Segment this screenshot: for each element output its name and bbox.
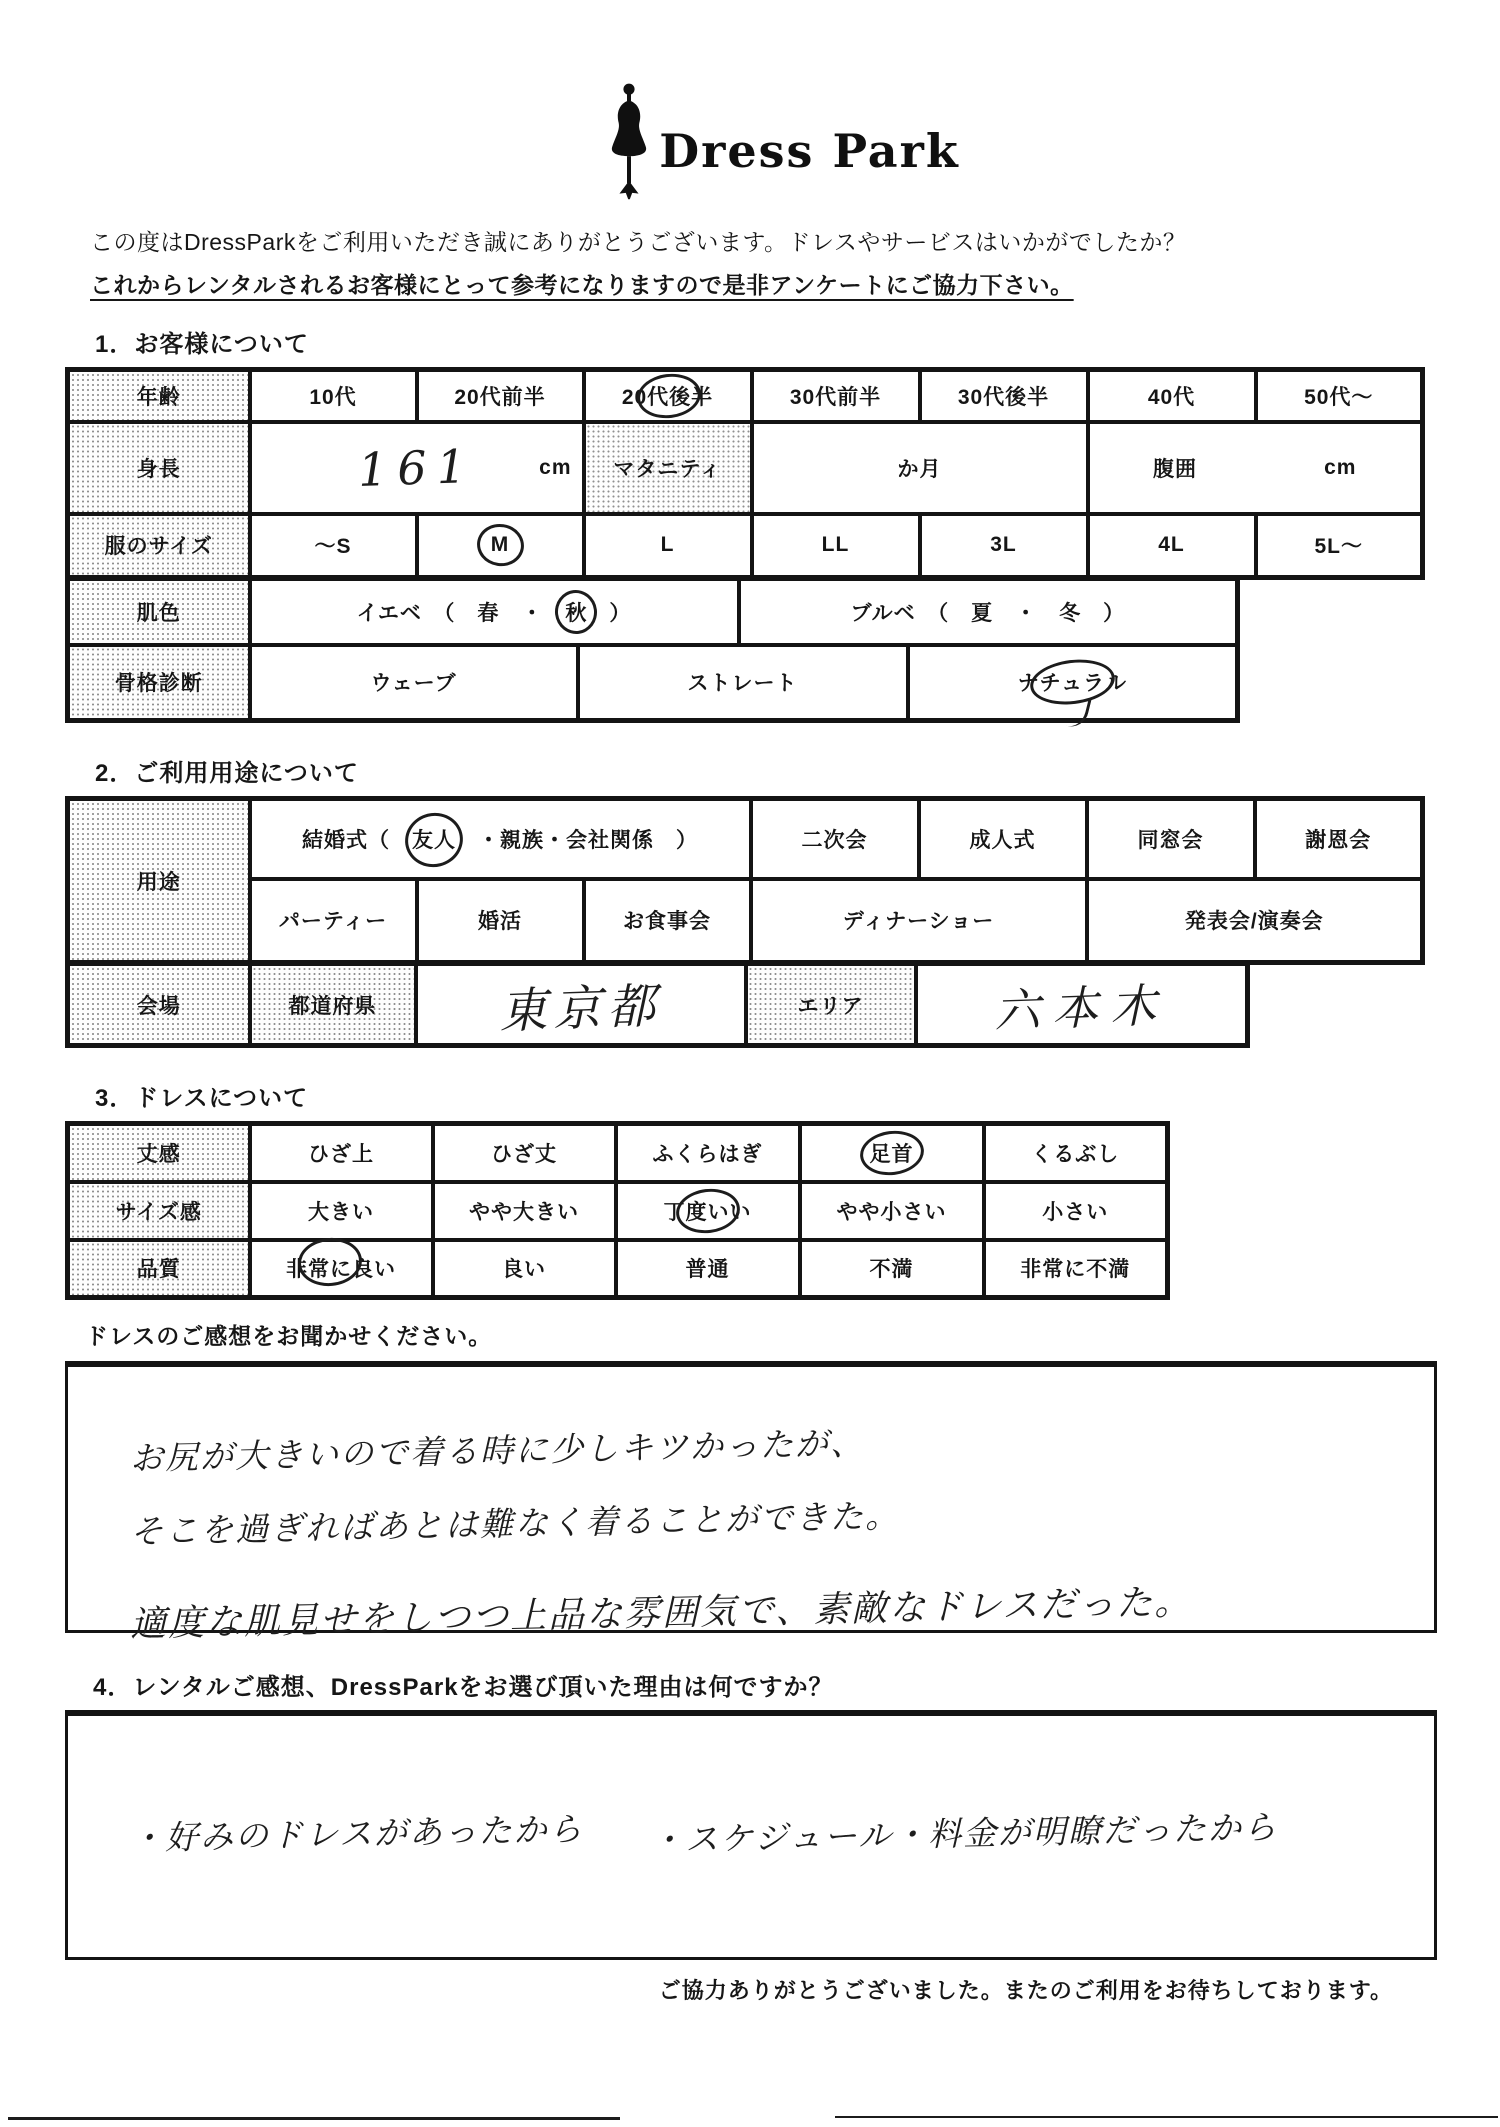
usage-option-party: パーティー xyxy=(250,879,417,963)
fit-option-slightly-large: やや大きい xyxy=(433,1182,616,1240)
handwritten-circle: チュラ xyxy=(1040,667,1105,697)
age-option-50s: 50代～ xyxy=(1256,370,1423,422)
logo: Dress Park xyxy=(65,88,1500,200)
section4-title: 4．レンタルご感想、DressParkをお選び頂いた理由は何ですか？ xyxy=(93,1667,1500,1702)
fit-row: サイズ感 大きい やや大きい 丁度いい やや小さい 小さい xyxy=(68,1182,1168,1240)
skin-option-yellow-base: イエベ （ 春 ・ 秋 ） xyxy=(250,579,739,645)
usage-option-dining: お食事会 xyxy=(584,879,751,963)
skeleton-row: 骨格診断 ウェーブ ストレート ナチュラル xyxy=(68,645,1238,721)
fit-label: サイズ感 xyxy=(68,1182,250,1240)
handwritten-comment-line2: そこを過ぎればあとは難なく着ることができた。 xyxy=(130,1490,901,1553)
fit-option-slightly-small: やや小さい xyxy=(800,1182,984,1240)
option-text: ・親族・会社関係 ） xyxy=(456,829,698,852)
height-row: 身長 161 cm マタニティ か月 腹囲 cm xyxy=(68,422,1423,514)
handwritten-circle: M xyxy=(491,533,510,557)
usage-label: 用途 xyxy=(68,799,250,963)
usage-option-matchmaking: 婚活 xyxy=(417,879,584,963)
height-value-cell: 161 cm xyxy=(250,422,584,514)
length-option-knee: ひざ丈 xyxy=(433,1124,616,1182)
usage-row2: パーティー 婚活 お食事会 ディナーショー 発表会/演奏会 xyxy=(68,879,1423,963)
fit-option-small: 小さい xyxy=(984,1182,1168,1240)
usage-option-recital: 発表会/演奏会 xyxy=(1087,879,1423,963)
age-option-late30s: 30代後半 xyxy=(920,370,1088,422)
section3-title: 3．ドレスについて xyxy=(95,1078,1500,1113)
usage-option-thanks-party: 謝恩会 xyxy=(1255,799,1423,879)
brand-name: Dress Park xyxy=(659,128,959,200)
size-option-ll: LL xyxy=(752,514,920,578)
usage-option-wedding: 結婚式（ 友人 ・親族・会社関係 ） xyxy=(250,799,751,879)
option-text: い xyxy=(730,1201,752,1224)
size-option-m-selected: M xyxy=(417,514,584,578)
customer-table-lower: 肌色 イエベ （ 春 ・ 秋 ） ブルベ （ 夏 ・ 冬 ） 骨格診断 ウェーブ… xyxy=(65,576,1240,723)
area-value-cell: 六本木 xyxy=(916,964,1248,1046)
age-label: 年齢 xyxy=(68,370,250,422)
quality-option-good: 良い xyxy=(433,1240,616,1298)
usage-option-dinner-show: ディナーショー xyxy=(751,879,1087,963)
height-handwritten-value: 161 xyxy=(357,438,477,496)
handwritten-circle: 足首 xyxy=(870,1138,914,1168)
fit-option-large: 大きい xyxy=(250,1182,433,1240)
age-option-10s: 10代 xyxy=(250,370,417,422)
section1-title: 1．お客様について xyxy=(95,324,1500,359)
height-label: 身長 xyxy=(68,422,250,514)
intro-text: この度はDressParkをご利用いただき誠にありがとうございます。ドレスやサー… xyxy=(90,224,1440,300)
waist-label: 腹囲 xyxy=(1153,453,1197,483)
dress-comment-label: ドレスのご感想をお聞かせください。 xyxy=(85,1318,1500,1351)
dress-table: 丈感 ひざ上 ひざ丈 ふくらはぎ 足首 くるぶし サイズ感 大きい やや大きい … xyxy=(65,1121,1170,1300)
age-option-late20s-selected: 20代後半 xyxy=(584,370,752,422)
handwritten-circle: 秋 xyxy=(565,597,587,627)
option-text: 非 xyxy=(286,1258,308,1281)
age-option-early30s: 30代前半 xyxy=(752,370,920,422)
size-label: 服のサイズ xyxy=(68,514,250,578)
quality-option-very-dissatisfied: 非常に不満 xyxy=(984,1240,1168,1298)
usage-option-afterparty: 二次会 xyxy=(751,799,919,879)
area-label: エリア xyxy=(746,964,916,1046)
skin-tone-row: 肌色 イエベ （ 春 ・ 秋 ） ブルベ （ 夏 ・ 冬 ） xyxy=(68,579,1238,645)
area-handwritten-value: 六本木 xyxy=(993,968,1169,1040)
option-text: 20 xyxy=(622,386,647,409)
size-row: 服のサイズ ～S M L LL 3L 4L 5L～ xyxy=(68,514,1423,578)
length-option-anklebone: くるぶし xyxy=(984,1124,1168,1182)
option-text: 丁 xyxy=(664,1201,686,1224)
age-option-early20s: 20代前半 xyxy=(417,370,584,422)
handwritten-circle: 常に xyxy=(308,1253,352,1283)
quality-label: 品質 xyxy=(68,1240,250,1298)
length-row: 丈感 ひざ上 ひざ丈 ふくらはぎ 足首 くるぶし xyxy=(68,1124,1168,1182)
handwritten-answer-line1: ・好みのドレスがあったから xyxy=(130,1803,585,1859)
closing-text: ご協力ありがとうございました。またのご利用をお待ちしております。 xyxy=(65,1974,1437,2005)
age-row: 年齢 10代 20代前半 20代後半 30代前半 30代後半 40代 50代～ xyxy=(68,370,1423,422)
waist-unit: cm xyxy=(1324,456,1356,480)
option-text: ル xyxy=(1105,672,1127,695)
prefecture-label: 都道府県 xyxy=(250,964,416,1046)
quality-option-normal: 普通 xyxy=(616,1240,800,1298)
venue-table: 会場 都道府県 東京都 エリア 六本木 xyxy=(65,961,1250,1048)
handwritten-comment-line1: お尻が大きいので着る時に少しキツかったが、 xyxy=(130,1417,866,1479)
age-option-40s: 40代 xyxy=(1088,370,1256,422)
skeleton-option-natural-selected: ナチュラル xyxy=(908,645,1238,721)
handwritten-circle: 度い xyxy=(686,1196,730,1226)
maternity-months-cell: か月 xyxy=(752,422,1088,514)
size-option-s: ～S xyxy=(250,514,417,578)
option-text: ） xyxy=(587,602,631,625)
length-option-ankle-selected: 足首 xyxy=(800,1124,984,1182)
skeleton-option-wave: ウェーブ xyxy=(250,645,578,721)
option-text: 半 xyxy=(691,386,713,409)
length-label: 丈感 xyxy=(68,1124,250,1182)
handwritten-answer-line2: ・スケジュール・料金が明瞭だったから xyxy=(650,1801,1279,1861)
reason-comment-box: ・好みのドレスがあったから ・スケジュール・料金が明瞭だったから xyxy=(65,1710,1437,1960)
size-option-3l: 3L xyxy=(920,514,1088,578)
questionnaire-page: Dress Park この度はDressParkをご利用いただき誠にありがとうご… xyxy=(0,88,1500,2005)
dress-mannequin-icon xyxy=(605,82,653,200)
venue-label: 会場 xyxy=(68,964,250,1046)
handwritten-comment-line3: 適度な肌見せをしつつ上品な雰囲気で、素敵なドレスだった。 xyxy=(130,1574,1193,1647)
option-text: ナ xyxy=(1018,672,1040,695)
skeleton-label: 骨格診断 xyxy=(68,645,250,721)
size-option-5l: 5L～ xyxy=(1256,514,1423,578)
usage-row1: 用途 結婚式（ 友人 ・親族・会社関係 ） 二次会 成人式 同窓会 謝恩会 xyxy=(68,799,1423,879)
section2-title: 2．ご利用用途について xyxy=(95,753,1500,788)
size-option-4l: 4L xyxy=(1088,514,1256,578)
skin-option-blue-base: ブルベ （ 夏 ・ 冬 ） xyxy=(739,579,1238,645)
quality-option-dissatisfied: 不満 xyxy=(800,1240,984,1298)
dress-comment-box: お尻が大きいので着る時に少しキツかったが、 そこを過ぎればあとは難なく着ることが… xyxy=(65,1361,1437,1633)
skin-label: 肌色 xyxy=(68,579,250,645)
option-text: イエベ （ 春 ・ xyxy=(357,602,566,625)
length-option-above-knee: ひざ上 xyxy=(250,1124,433,1182)
height-unit: cm xyxy=(539,456,571,480)
handwritten-circle: 代後 xyxy=(647,381,691,411)
prefecture-handwritten-value: 東京都 xyxy=(498,967,662,1042)
maternity-label: マタニティ xyxy=(584,422,752,514)
option-text: 良い xyxy=(352,1258,396,1281)
quality-row: 品質 非常に良い 良い 普通 不満 非常に不満 xyxy=(68,1240,1168,1298)
length-option-calf: ふくらはぎ xyxy=(616,1124,800,1182)
fit-option-just-right-selected: 丁度いい xyxy=(616,1182,800,1240)
skeleton-option-straight: ストレート xyxy=(578,645,908,721)
intro-line1: この度はDressParkをご利用いただき誠にありがとうございます。ドレスやサー… xyxy=(90,224,1440,257)
intro-line2: これからレンタルされるお客様にとって参考になりますので是非アンケートにご協力下さ… xyxy=(90,267,1074,300)
waist-cell: 腹囲 cm xyxy=(1088,422,1423,514)
venue-row: 会場 都道府県 東京都 エリア 六本木 xyxy=(68,964,1248,1046)
scan-artifact-line xyxy=(835,2116,1498,2118)
quality-option-very-good-selected: 非常に良い xyxy=(250,1240,433,1298)
option-text: 結婚式（ xyxy=(302,829,412,852)
customer-table-upper: 年齢 10代 20代前半 20代後半 30代前半 30代後半 40代 50代～ … xyxy=(65,367,1425,580)
handwritten-circle: 友人 xyxy=(412,824,456,854)
usage-table: 用途 結婚式（ 友人 ・親族・会社関係 ） 二次会 成人式 同窓会 謝恩会 パー… xyxy=(65,796,1425,965)
usage-option-reunion: 同窓会 xyxy=(1087,799,1255,879)
scan-artifact-line xyxy=(8,2117,620,2120)
usage-option-coming-of-age: 成人式 xyxy=(919,799,1087,879)
prefecture-value-cell: 東京都 xyxy=(416,964,746,1046)
size-option-l: L xyxy=(584,514,752,578)
